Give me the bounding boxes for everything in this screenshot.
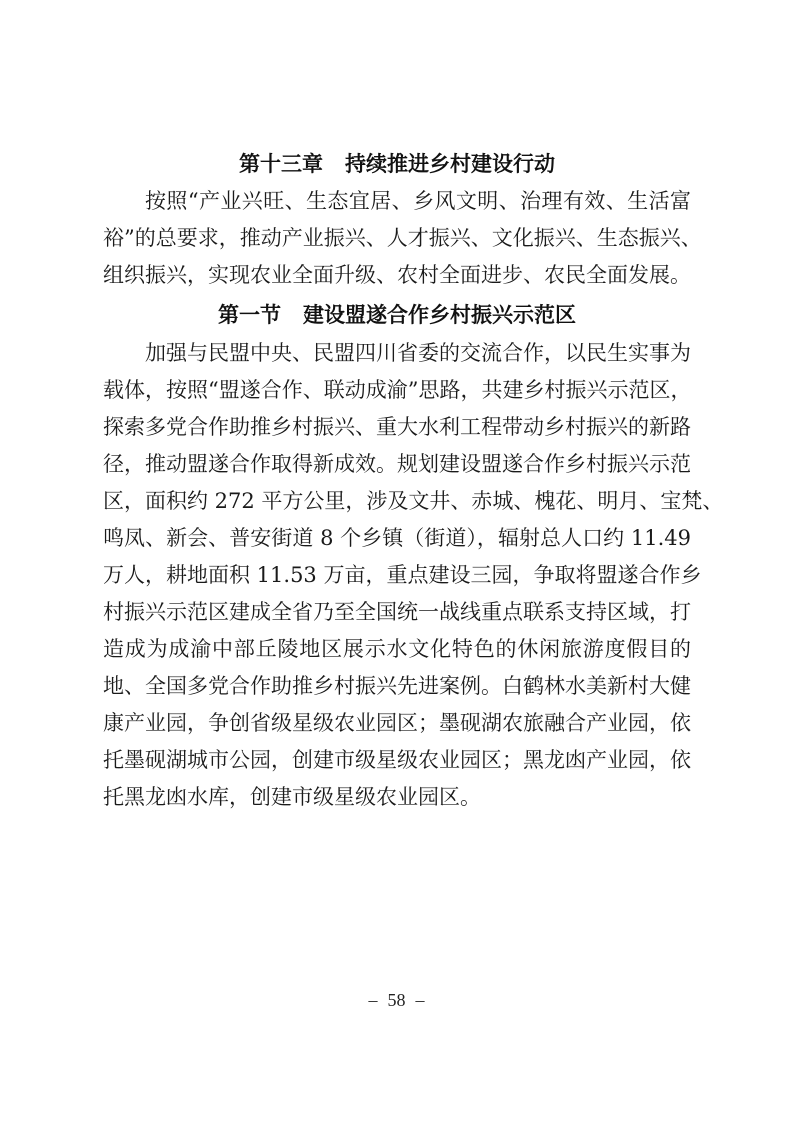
- intro-line-3: 组织振兴，实现农业全面升级、农村全面进步、农民全面发展。: [103, 257, 691, 294]
- section-line-8: 村振兴示范区建成全省乃至全国统一战线重点联系支持区域，打: [103, 594, 691, 631]
- intro-line-1: 按照“产业兴旺、生态宜居、乡风文明、治理有效、生活富: [103, 183, 691, 220]
- section-line-1: 加强与民盟中央、民盟四川省委的交流合作，以民生实事为: [103, 335, 691, 372]
- intro-line-2: 裕”的总要求，推动产业振兴、人才振兴、文化振兴、生态振兴、: [103, 220, 691, 257]
- page-footer: –58–: [0, 990, 793, 1011]
- section-line-12: 托墨砚湖城市公园，创建市级星级农业园区；黑龙凼产业园，依: [103, 742, 691, 779]
- footer-dash-left: –: [369, 990, 378, 1011]
- section-line-5: 区，面积约 272 平方公里，涉及文井、赤城、槐花、明月、宝梵、: [103, 483, 691, 520]
- section-line-11: 康产业园，争创省级星级农业园区；墨砚湖农旅融合产业园，依: [103, 705, 691, 742]
- chapter-number: 第十三章: [239, 152, 323, 176]
- section-title: 建设盟遂合作乡村振兴示范区: [303, 303, 576, 327]
- section-line-13: 托黑龙凼水库，创建市级星级农业园区。: [103, 779, 691, 816]
- chapter-heading: 第十三章持续推进乡村建设行动: [103, 146, 691, 183]
- section-line-6: 鸣凤、新会、普安街道 8 个乡镇（街道），辐射总人口约 11.49: [103, 520, 691, 557]
- section-line-9: 造成为成渝中部丘陵地区展示水文化特色的休闲旅游度假目的: [103, 631, 691, 668]
- chapter-title: 持续推进乡村建设行动: [345, 152, 555, 176]
- section-line-10: 地、全国多党合作助推乡村振兴先进案例。白鹤林水美新村大健: [103, 668, 691, 705]
- section-line-7: 万人，耕地面积 11.53 万亩，重点建设三园，争取将盟遂合作乡: [103, 557, 691, 594]
- section-number: 第一节: [218, 303, 281, 327]
- document-page: 第十三章持续推进乡村建设行动 按照“产业兴旺、生态宜居、乡风文明、治理有效、生活…: [0, 0, 793, 1122]
- section-line-4: 径，推动盟遂合作取得新成效。规划建设盟遂合作乡村振兴示范: [103, 446, 691, 483]
- section-line-2: 载体，按照“盟遂合作、联动成渝”思路，共建乡村振兴示范区，: [103, 372, 691, 409]
- footer-dash-right: –: [416, 990, 425, 1011]
- section-heading: 第一节建设盟遂合作乡村振兴示范区: [103, 297, 691, 334]
- page-number: 58: [388, 990, 406, 1010]
- section-line-3: 探索多党合作助推乡村振兴、重大水利工程带动乡村振兴的新路: [103, 409, 691, 446]
